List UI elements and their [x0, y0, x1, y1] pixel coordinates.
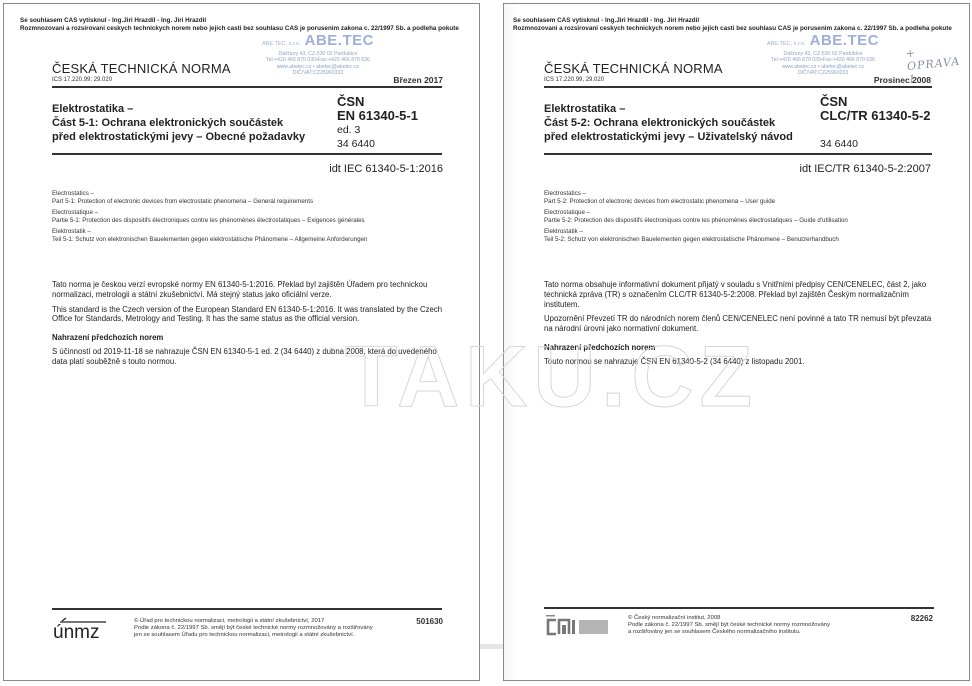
standard-designation: ČSN CLC/TR 61340-5-2 34 6440 — [820, 95, 931, 151]
translation-head: Electrostatique – — [544, 209, 964, 217]
footer-copyright: © Úřad pro technickou normalizaci, metro… — [134, 618, 373, 640]
cni-logo-icon — [544, 614, 610, 636]
unmz-logo: únmz — [52, 616, 108, 645]
distributor-stamp: ABE.TEC, s.r.o. ABE.TEC Dašťany 43, CZ-5… — [767, 34, 879, 76]
title-line: Část 5-1: Ochrana elektronických součást… — [52, 116, 305, 130]
translation-en: Electrostatics – Part 5-2: Protection of… — [544, 190, 964, 205]
header-title: ČESKÁ TECHNICKÁ NORMA — [52, 61, 231, 76]
translation-head: Electrostatics – — [52, 190, 472, 198]
translation-text: Teil 5-2: Schutz von elektronischen Baue… — [544, 236, 964, 244]
stamp-logo: ABE.TEC — [810, 32, 879, 49]
notice-line: Se souhlasem CAS vytisknul - Ing.Jiri Hr… — [20, 17, 459, 25]
header-title: ČESKÁ TECHNICKÁ NORMA — [544, 61, 723, 76]
body-paragraph: S účinností od 2019-11-18 se nahrazuje Č… — [52, 347, 444, 367]
standard-edition: ed. 3 — [337, 123, 418, 137]
section-heading: Nahrazení předchozích norem — [544, 343, 936, 353]
footer-rule — [544, 607, 934, 609]
issue-date: Prosinec 2008 — [874, 75, 931, 85]
stamp-web: www.abetec.cz • abetec@abetec.cz — [262, 64, 374, 70]
identical-standard: idt IEC 61340-5-1:2016 — [329, 163, 443, 175]
unmz-logo-icon: únmz — [52, 616, 108, 640]
title-line: Elektrostatika – — [52, 102, 305, 116]
translation-head: Electrostatics – — [544, 190, 964, 198]
notice-line: Rozmnozovani a rozsirovani ceskych techn… — [20, 25, 459, 33]
ics-code: ICS 17.220.99; 29.020 — [52, 77, 112, 83]
svg-text:únmz: únmz — [53, 622, 99, 640]
ics-code: ICS 17.220.99, 29.020 — [544, 77, 604, 83]
notice-line: Se souhlasem CAS vytisknul - Ing.Jiri Hr… — [513, 17, 952, 25]
document-body: Tato norma je českou verzí evropské norm… — [52, 280, 444, 372]
stamp-phone: Tel:+420 466 870 035•Fax:+420 466 870 63… — [262, 57, 374, 63]
footer-line: © Úřad pro technickou normalizaci, metro… — [134, 618, 373, 625]
document-page-left: Se souhlasem CAS vytisknul - Ing.Jiri Hr… — [3, 3, 480, 681]
standard-number: EN 61340-5-1 — [337, 109, 418, 123]
translation-head: Electrostatique – — [52, 209, 472, 217]
footer-line: a rozšiřovány jen se souhlasem Českého n… — [628, 629, 830, 636]
footer-line: jen se souhlasem Úřadu pro technickou no… — [134, 632, 373, 639]
title-line: před elektrostatickými jevy – Obecné pož… — [52, 130, 305, 144]
footer-copyright: © Český normalizační institut, 2008 Podl… — [628, 615, 830, 637]
translated-titles: Electrostatics – Part 5-1: Protection of… — [52, 190, 472, 248]
classification-number: 34 6440 — [820, 137, 931, 151]
translation-head: Elektrostatik – — [52, 228, 472, 236]
title-line: před elektrostatickými jevy – Uživatelsk… — [544, 130, 793, 144]
translation-text: Partie 5-1: Protection des dispositifs é… — [52, 217, 472, 225]
body-paragraph: This standard is the Czech version of th… — [52, 305, 444, 325]
identical-standard: idt IEC/TR 61340-5-2:2007 — [800, 163, 931, 175]
translation-head: Elektrostatik – — [544, 228, 964, 236]
translation-en: Electrostatics – Part 5-1: Protection of… — [52, 190, 472, 205]
document-title: Elektrostatika – Část 5-2: Ochrana elekt… — [544, 102, 793, 144]
stamp-logo: ABE.TEC — [305, 32, 374, 49]
standard-designation: ČSN EN 61340-5-1 ed. 3 34 6440 — [337, 95, 418, 151]
classification-number: 34 6440 — [337, 137, 418, 151]
title-rule — [52, 153, 442, 155]
notice-line: Rozmnozovani a rozsirovani ceskych techn… — [513, 25, 952, 33]
translation-fr: Electrostatique – Partie 5-2: Protection… — [544, 209, 964, 224]
footer-rule — [52, 608, 442, 610]
section-heading: Nahrazení předchozích norem — [52, 333, 444, 343]
title-line: Elektrostatika – — [544, 102, 793, 116]
translation-text: Partie 5-2: Protection des dispositifs é… — [544, 217, 964, 225]
translation-text: Part 5-1: Protection of electronic devic… — [52, 198, 472, 206]
body-paragraph: Tato norma obsahuje informativní dokumen… — [544, 280, 936, 309]
translation-text: Part 5-2: Protection of electronic devic… — [544, 198, 964, 206]
title-line: Část 5-2: Ochrana elektronických součást… — [544, 116, 793, 130]
standard-prefix: ČSN — [337, 95, 418, 109]
body-paragraph: Tato norma je českou verzí evropské norm… — [52, 280, 444, 300]
distributor-stamp: ABE.TEC, s.r.o. ABE.TEC Dašťany 43, CZ-5… — [262, 34, 374, 76]
translation-fr: Electrostatique – Partie 5-1: Protection… — [52, 209, 472, 224]
document-body: Tato norma obsahuje informativní dokumen… — [544, 280, 936, 372]
translated-titles: Electrostatics – Part 5-2: Protection of… — [544, 190, 964, 248]
stamp-company: ABE.TEC, s.r.o. — [767, 41, 806, 47]
header-rule — [544, 86, 932, 88]
stamp-phone: Tel:+420 466 870 035•Fax:+420 466 870 63… — [767, 57, 879, 63]
catalog-number: 501630 — [416, 617, 443, 626]
body-paragraph: Touto normou se nahrazuje ČSN EN 61340-5… — [544, 357, 936, 367]
title-rule — [544, 153, 932, 155]
translation-de: Elektrostatik – Teil 5-1: Schutz von ele… — [52, 228, 472, 243]
page-gap-shadow — [480, 644, 503, 649]
issue-date: Březen 2017 — [393, 75, 443, 85]
catalog-number: 82262 — [911, 614, 933, 623]
stamp-vat: DIČ/VAT:CZ25960333 — [262, 70, 374, 76]
cni-logo — [544, 614, 610, 641]
body-paragraph: Upozornění Převzetí TR do národních nore… — [544, 314, 936, 334]
translation-text: Teil 5-1: Schutz von elektronischen Baue… — [52, 236, 472, 244]
copyright-notice: Se souhlasem CAS vytisknul - Ing.Jiri Hr… — [513, 17, 952, 33]
stamp-company: ABE.TEC, s.r.o. — [262, 41, 301, 47]
standard-prefix: ČSN — [820, 95, 931, 109]
document-title: Elektrostatika – Část 5-1: Ochrana elekt… — [52, 102, 305, 144]
copyright-notice: Se souhlasem CAS vytisknul - Ing.Jiri Hr… — [20, 17, 459, 33]
standard-number: CLC/TR 61340-5-2 — [820, 109, 931, 123]
translation-de: Elektrostatik – Teil 5-2: Schutz von ele… — [544, 228, 964, 243]
header-rule — [52, 86, 442, 88]
footer-line: © Český normalizační institut, 2008 — [628, 615, 830, 622]
stamp-vat: DIČ/VAT:CZ25960333 — [767, 70, 879, 76]
stamp-web: www.abetec.cz • abetec@abetec.cz — [767, 64, 879, 70]
document-page-right: Se souhlasem CAS vytisknul - Ing.Jiri Hr… — [503, 3, 970, 681]
